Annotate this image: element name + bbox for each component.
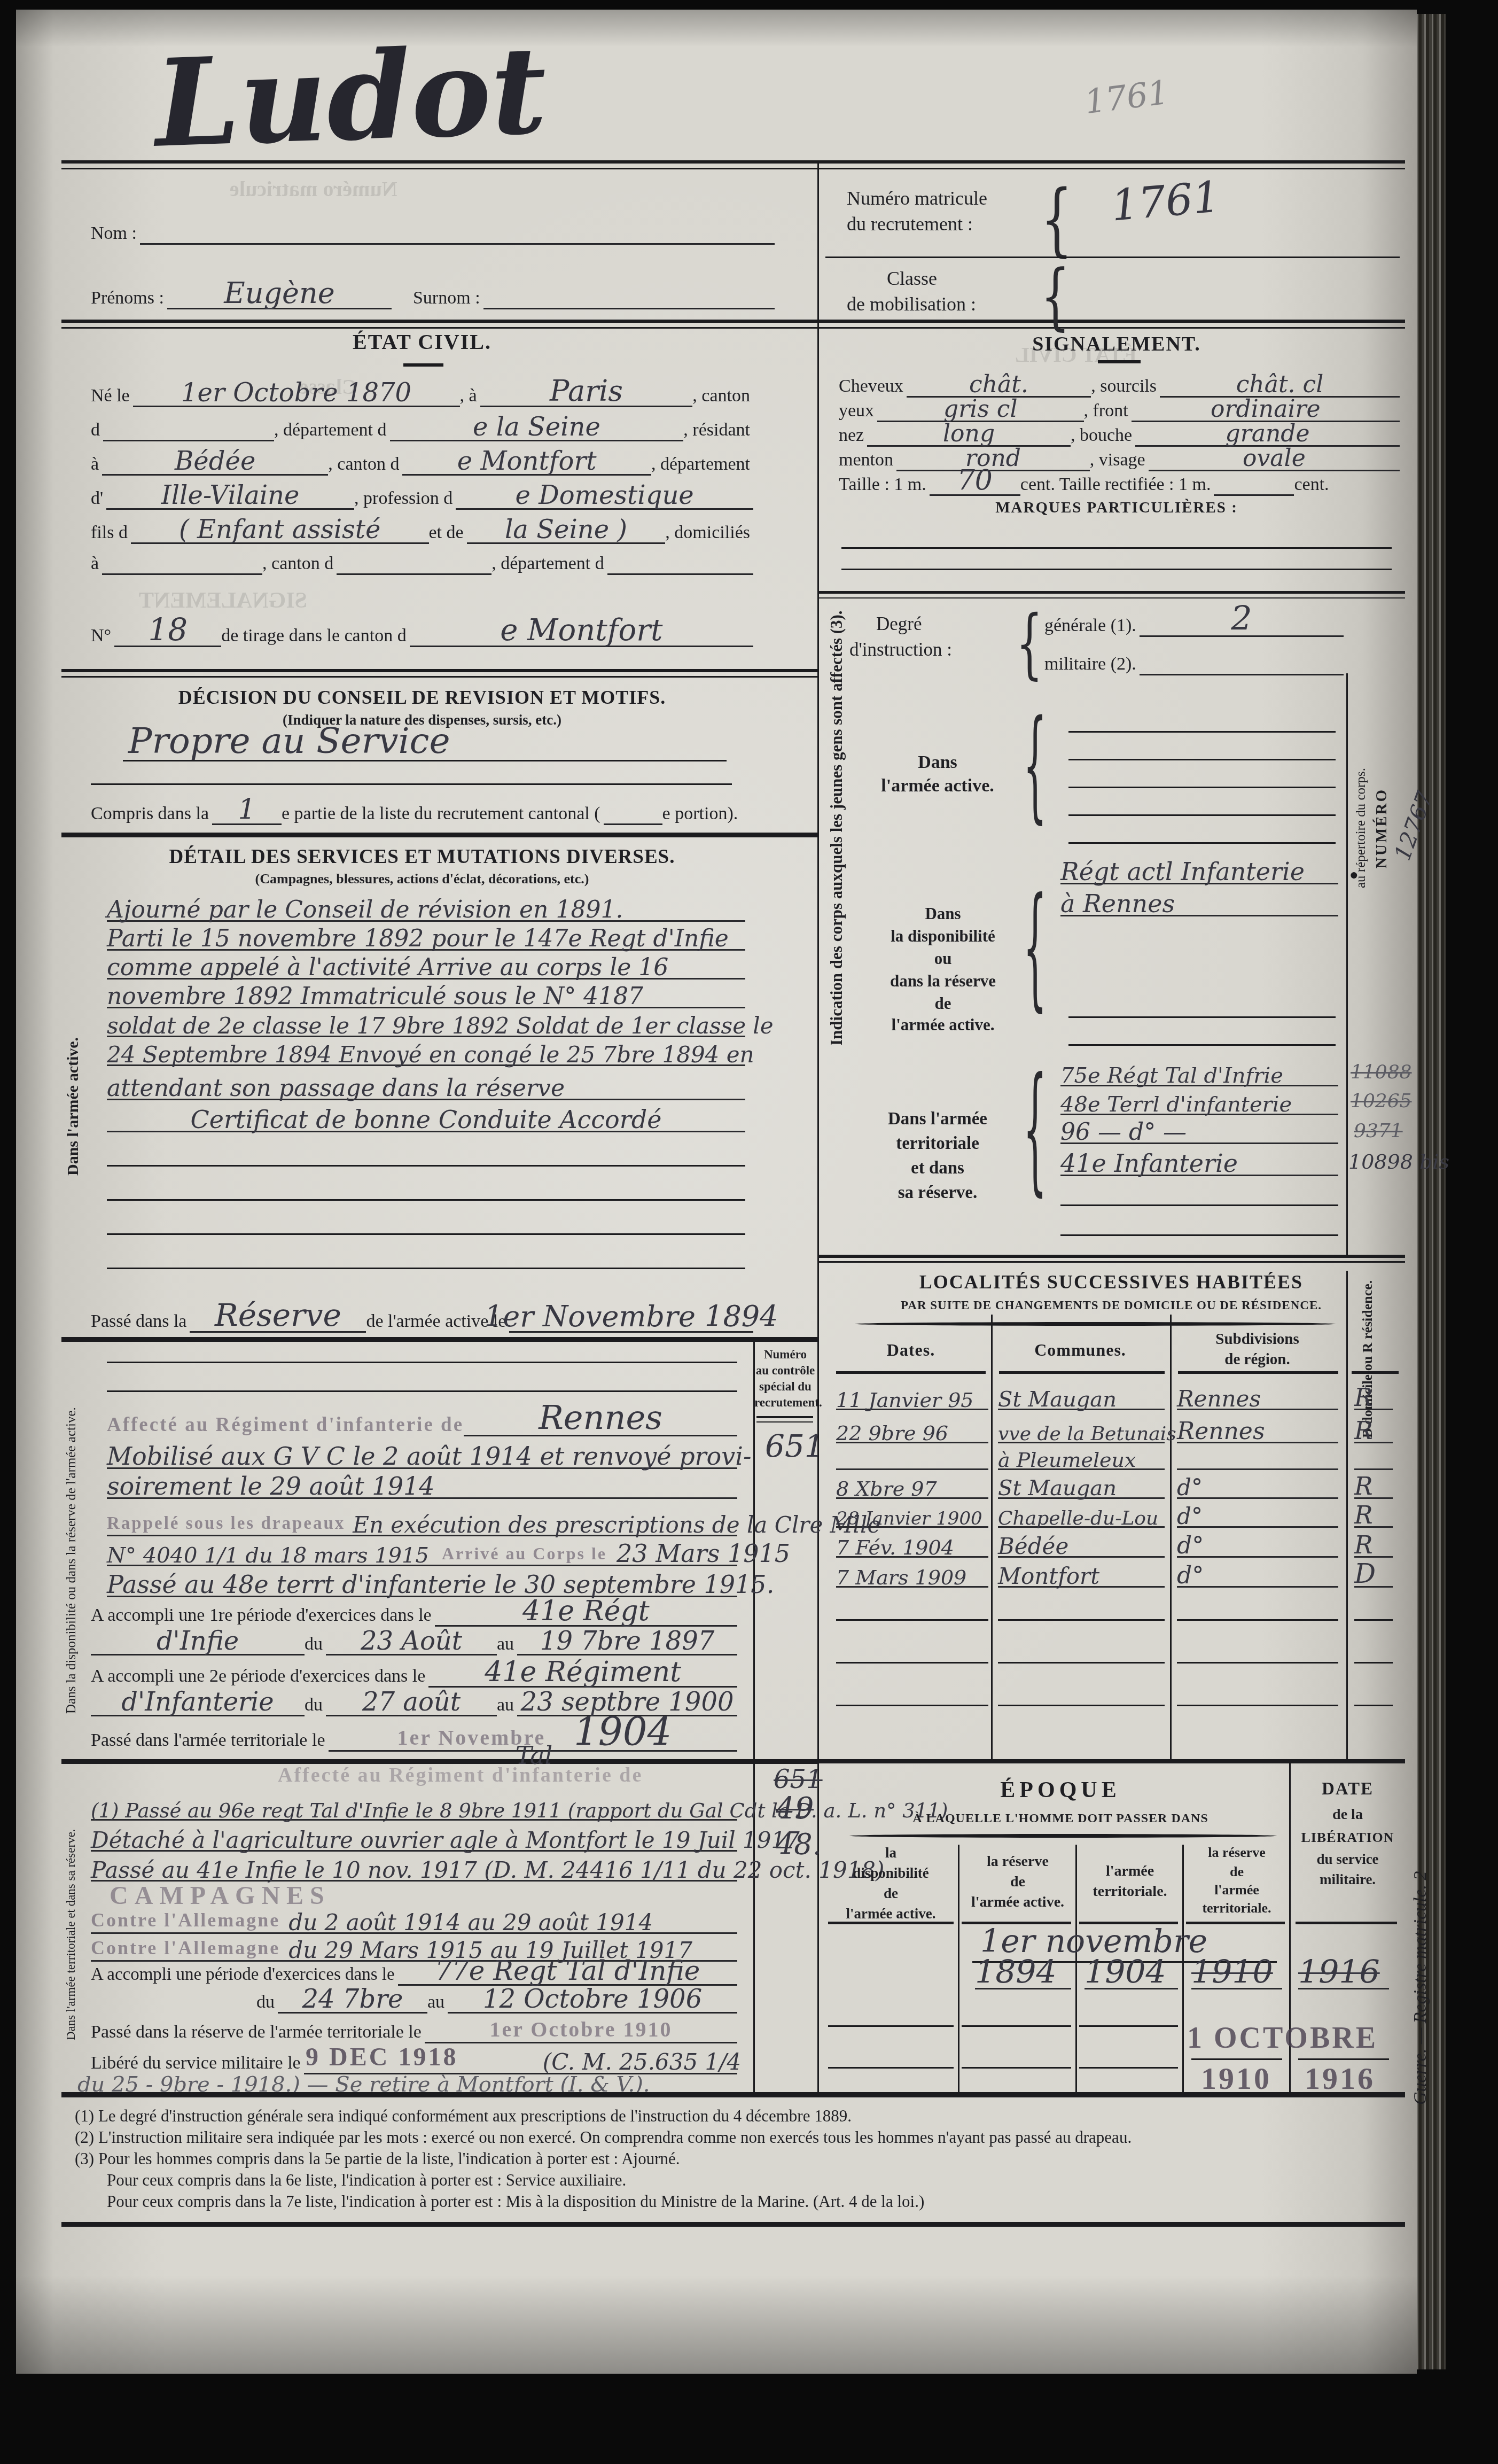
passe-reserve-value: Réserve [215,1297,341,1333]
prenoms-label: Prénoms : [91,288,167,309]
periode1-regt: 41e Régt [522,1595,650,1627]
numero-col-divider [1346,673,1348,1255]
services-title: DÉTAIL DES SERVICES ET MUTATIONS DIVERSE… [91,845,753,868]
loc-date: 28 Janvier 1900 [836,1497,988,1528]
margin-number-struck: 651 [774,1765,823,1794]
marques-label: MARQUES PARTICULIÈRES : [833,499,1400,517]
footnote-5: Pour ceux compris dans la 7e liste, l'in… [107,2192,1389,2211]
tirage-text: de tirage dans le canton d [221,626,409,647]
blank-rule [828,2067,954,2069]
passe-reserve-field: Réserve [190,1297,366,1333]
sig-row-4: menton rond , visage ovale [839,447,1400,471]
res-terr-label: Passé dans la réserve de l'armée territo… [91,2022,425,2043]
prenoms-value: Eugène [224,276,334,310]
loc-commune: Bédée [998,1526,1165,1558]
epoque-col4: territoriale. [1186,1900,1288,1916]
degre-generale-label: générale (1). [1044,616,1140,637]
periode3-line-2: du 24 7bre au 12 Octobre 1906 [256,1986,737,2014]
blank-rule [1177,1705,1338,1706]
periode2-label: A accompli une 2e période d'exercices da… [91,1666,428,1688]
brace: { [1041,180,1073,259]
epoque-header-rule [828,1922,954,1924]
matricule-divider [825,256,1400,258]
taille-rect-label: cent. Taille rectifiée : 1 m. [1020,475,1214,496]
controle-header: spécial du [754,1380,816,1394]
signalement-title: SIGNALEMENT. [833,332,1400,356]
cheveux-field: chât. [907,373,1091,398]
domicile-field [102,545,262,575]
affecte2-sup: Tal [516,1741,552,1770]
decision-value: Propre au Service [128,720,450,761]
bouche-label: , bouche [1071,425,1135,447]
periode2-regt-field: 41e Régiment [428,1658,737,1688]
et-de-label: et de [429,523,467,544]
loc-date: 11 Janvier 95 [836,1378,988,1410]
taille-rect-field [1214,471,1294,496]
date-col-header: militaire. [1296,1871,1400,1888]
mobilise-text-2: soirement le 29 août 1914 [107,1472,434,1501]
res-terr-field: 1er Octobre 1910 [425,2014,737,2043]
loc-subdiv-value: Rennes [1177,1418,1265,1445]
dispo-corps-value: Régt actl Infanterie [1060,857,1305,886]
blank-rule [998,1619,1165,1621]
fils-label: fils d [91,523,131,544]
blank-rule [1079,2025,1178,2027]
epoque-col2: l'armée active. [962,1894,1074,1911]
services-top-rule [61,833,817,837]
degre-generale-line: générale (1). 2 [1044,610,1344,637]
yeux-value: gris cl [943,395,1018,423]
controle-header: au contrôle [754,1364,816,1378]
ne-le-field: 1er Octobre 1870 [133,374,460,407]
epoque-value-cell: 1904 [1085,1954,1178,1989]
terr-label: et dans [855,1159,1020,1178]
departement2-label: , département [651,454,753,476]
compris-value: 1 [238,794,255,826]
ne-le-value: 1er Octobre 1870 [181,378,411,408]
affecte-line: Affecté au Régiment d'infanterie de Renn… [107,1403,737,1436]
departement-field: e la Seine [390,408,684,441]
canton2-value: e Montfort [457,446,597,476]
sourcils-value: chât. cl [1236,371,1324,398]
departement2-value: Ille-Vilaine [161,480,300,510]
header-bottom-rule [61,320,1405,323]
degre-militaire-line: militaire (2). [1044,649,1344,675]
loc-subdiv: d° [1177,1497,1338,1528]
portion-text: e portion). [662,804,742,825]
controle-divider [753,1337,755,2092]
tirage-canton-field: e Montfort [410,612,753,647]
flourish [849,1834,1277,1838]
epoque-col4: la réserve [1186,1845,1288,1861]
blank-rule [841,547,1392,549]
prenoms-line: Prénoms : Eugène Surnom : [91,275,775,309]
loc-commune: à Pleumeleux [998,1442,1165,1470]
loc-commune: St Maugan [998,1378,1165,1410]
detache-line: Détaché à l'agriculture ouvrier agle à M… [91,1822,737,1852]
profession-field: e Domestique [456,477,753,510]
ec-line-6: à , canton d , département d [91,545,753,575]
front-label: , front [1084,401,1132,422]
terr-corps-name: 75e Régt Tal d'Infrie [1060,1063,1283,1088]
periode1-label: A accompli une 1re période d'exercices d… [91,1605,435,1627]
periode1-du: 23 Août [361,1626,462,1656]
blank-rule [107,1268,745,1269]
detache-text: Détaché à l'agriculture ouvrier agle à M… [91,1827,800,1853]
loc-subdiv-value: Rennes [1177,1386,1261,1412]
epoque-value-cell: 1910 [1191,1954,1282,1989]
nez-value: long [943,420,995,447]
libere-field: 9 DEC 1918 (C. M. 25.635 1/4 [304,2043,737,2074]
du-label: du [256,1992,278,2014]
liberation-stamp-month: 1 OCTOBRE [1187,2021,1378,2055]
brace: { [1041,261,1070,333]
classe-label-2: de mobilisation : [847,293,976,315]
periode1-au-field: 19 7bre 1897 [517,1627,737,1655]
ne-a-value: Paris [550,374,623,408]
canton-field [103,408,274,441]
sig-row-1: Cheveux chât. , sourcils chât. cl [839,373,1400,398]
periode3-label: A accompli une période d'exercices dans … [91,1965,398,1986]
loc-subdiv: d° [1177,1468,1338,1499]
blank-rule [107,1199,745,1201]
blank-rule [841,569,1392,570]
corps-active-label-2: l'armée active. [868,776,1007,796]
name-signature: Ludot [153,20,549,174]
surnom-field [483,275,775,309]
blank-rule [1068,1016,1336,1018]
blank-rule [1068,842,1336,844]
date-col-header: LIBÉRATION [1296,1830,1400,1846]
loc-subdiv [1177,1442,1338,1470]
passe41-line: Passé au 41e Infie le 10 nov. 1917 (D. M… [91,1852,737,1882]
periode1-inf-field: d'Infie [91,1627,305,1655]
frame-top-rule-2 [61,168,1405,169]
epoque-col2: la réserve [962,1853,1074,1870]
ec-line-3: à Bédée , canton d e Montfort , départem… [91,442,753,476]
epoque-divider [1075,1845,1077,2092]
nom-label: Nom : [91,223,140,245]
decision-top-rule-2 [61,676,817,678]
blank-rule [1177,1619,1338,1621]
ghost-text: Numéro matricule [230,176,397,201]
yeux-field: gris cl [877,398,1083,422]
compris-label: Compris dans la [91,804,212,825]
date-col-header: de la [1296,1806,1400,1823]
date-col-header: DATE [1296,1779,1400,1799]
periode2-regt: 41e Régiment [485,1656,681,1688]
front-value: ordinaire [1211,395,1320,423]
loc-commune: Chapelle-du-Lou [998,1497,1165,1528]
d2-label: d' [91,488,106,510]
dispo-label: Dans [865,904,1020,923]
sig-row-taille: Taille : 1 m. 70 cent. Taille rectifiée … [839,471,1400,496]
blank-rule [1068,787,1336,788]
au-label: au [427,1992,448,2014]
controle-rule-2 [756,1421,813,1423]
dispo-label: ou [865,949,1020,968]
visage-value: ovale [1243,445,1306,472]
dispo-label: de [865,994,1020,1013]
loc-commune: vve de la Betunais [998,1411,1165,1443]
departement-value: e la Seine [473,412,600,442]
services-line: comme appelé à l'activité Arrive au corp… [107,948,745,980]
blank-rule [962,2067,1071,2069]
bouche-value: grande [1226,420,1310,447]
campagne1-line: Contre l'Allemagne du 2 août 1914 au 29 … [91,1905,737,1934]
blank-rule [1068,814,1336,816]
col-header-dates: Dates. [833,1340,988,1360]
dispo-label: dans la réserve [865,971,1020,991]
header-rule [999,1371,1165,1374]
terr-label: territoriale [855,1134,1020,1154]
tirage-canton-value: e Montfort [500,613,662,648]
arrive-line: N° 4040 1/1 du 18 mars 1915 Arrivé au Co… [107,1535,737,1566]
terr-corps-row: 48e Terrl d'infanterie [1060,1086,1338,1115]
periode3-line: A accompli une période d'exercices dans … [91,1956,737,1986]
a3-label: à [91,554,102,575]
header-rule [1178,1371,1338,1374]
blank-rule [91,783,732,785]
epoque-col3: l'armée [1079,1863,1181,1880]
services-line: Certificat de bonne Conduite Accordé [107,1100,745,1132]
ne-le-label: Né le [91,386,133,407]
etat-civil-title: ÉTAT CIVIL. [91,329,753,354]
affect1-top-rule [61,1337,817,1342]
menton-field: rond [896,447,1090,471]
departement-label: , département d [274,420,390,441]
mobilise-line-1: Mobilisé aux G V C le 2 août 1914 et ren… [107,1437,737,1469]
terr-corps-name: 96 — d° — [1060,1118,1187,1146]
loc-date: 8 Xbre 97 [836,1468,988,1499]
terr-corps-name: 48e Terrl d'infanterie [1060,1092,1292,1117]
numero-repertoire-header-2: au répertoire du corps. [1354,684,1370,973]
periode1-line: A accompli une 1re période d'exercices d… [91,1597,737,1627]
blank-rule [998,1705,1165,1706]
liberation-stamp-1916: 1916 [1305,2061,1375,2096]
nom-line: Nom : [91,213,775,245]
corps-active-label: Dans [868,752,1007,773]
blank-rule [107,1362,737,1363]
blank-rule [1177,1662,1338,1664]
loc-dr-value: R [1354,1472,1373,1501]
periode1-du-field: 23 Août [326,1627,497,1655]
epoque-col1: l'armée active. [825,1906,956,1922]
blank-rule [1060,1234,1338,1236]
sourcils-label: , sourcils [1091,376,1160,398]
libere-ref: (C. M. 25.635 1/4 [543,2049,741,2075]
loc-commune-value: Montfort [998,1563,1099,1589]
blank-rule [107,1233,745,1235]
controle-header: Numéro [754,1348,816,1362]
degre-label-1: Degré [876,613,922,635]
col-header-communes: Communes. [995,1340,1166,1360]
col-header-subdiv: Subdivisions [1173,1331,1341,1348]
blank-rule [836,1662,988,1664]
sig-row-3: nez long , bouche grande [839,422,1400,447]
epoque-value-1916-struck: 1916 [1298,1954,1380,1991]
periode1-line-2: d'Infie du 23 Août au 19 7bre 1897 [91,1627,737,1655]
passe-terr-value: 1904 [574,1709,672,1754]
edge-register-label: Guerre. — Registre matricule. 2 [1410,1769,1434,2207]
epoque-title: ÉPOQUE [833,1777,1288,1803]
residant-label: , résidant [683,420,753,441]
du-label: du [305,1634,326,1655]
portion-field [604,795,662,825]
blank-rule [1068,731,1336,733]
loc-dr-value: R [1354,1416,1373,1445]
footnote-3: (3) Pour les hommes compris dans la 5e p… [75,2149,1389,2168]
services-entry: attendant son passage dans la réserve [107,1075,565,1102]
terr-corps-name: 41e Infanterie [1060,1149,1238,1178]
loc-dr-value: R [1354,1501,1373,1529]
blank-rule [836,1619,988,1621]
libere-label: Libéré du service militaire le [91,2053,304,2074]
brace: { [1023,882,1047,1014]
campagne1-stamp: Contre l'Allemagne [91,1909,280,1931]
note1-text: (1) Passé au 96e regt Tal d'Infie le 8 9… [91,1799,948,1822]
compris-text: e partie de la liste du recrutement cant… [282,804,604,825]
epoque-top-rule [817,1759,1405,1763]
passe-reserve-date: 1er Novembre 1894 [485,1300,778,1333]
header-rule [836,1371,986,1374]
epoque-value-1894: 1894 [975,1954,1057,1991]
periode1-inf: d'Infie [157,1626,239,1656]
ec-line-4: d' Ille-Vilaine , profession d e Domesti… [91,477,753,510]
epoque-col1: la [825,1845,956,1861]
taille-label: Taille : 1 m. [839,475,930,496]
epoque-col1: disponibilité [825,1865,956,1882]
cheveux-label: Cheveux [839,376,907,398]
blank-rule [1191,2058,1282,2060]
periode2-du: 27 août [362,1687,461,1717]
services-margin-label: Dans l'armée active. [64,940,87,1272]
decision-underline [123,760,727,761]
passe41-text: Passé au 41e Infie le 10 nov. 1917 (D. M… [91,1857,884,1883]
profession-value: e Domestique [515,480,693,510]
tirage-no-field: 18 [114,612,221,647]
epoque-value-cell: 1894 [975,1954,1071,1989]
ec-line-1: Né le 1er Octobre 1870 , à Paris , canto… [91,374,753,407]
localites-divider [991,1315,993,1759]
header-rule [1352,1371,1399,1374]
brace: { [1016,606,1043,682]
canton2-field: e Montfort [402,442,651,476]
campagne1-value: du 2 août 1914 au 29 août 1914 [288,1909,653,1936]
ghost-text: SIGNALEMENT [139,588,307,613]
footnote-4: Pour ceux compris dans la 6e liste, l'in… [107,2171,1389,2190]
terr-corps-numero-struck: 9371 [1354,1120,1403,1142]
nom-field [140,213,775,245]
scanned-register-page: { "page": { "corner_number": "1761", "ed… [0,0,1498,2464]
compris-field: 1 [212,795,282,825]
passe-reserve-date-field: 1er Novembre 1894 [509,1297,753,1333]
canton2-label: , canton d [328,454,402,476]
date-col-header: du service [1296,1851,1400,1868]
departement3-field [607,545,753,575]
libere-line: Libéré du service militaire le 9 DEC 191… [91,2043,737,2074]
liberation-stamp-1910: 1910 [1201,2061,1271,2096]
controle-header: recrutement. [754,1396,816,1410]
affect1-margin-label: Dans la disponibilité ou dans la réserve… [64,1373,85,1747]
domicilies-label: , domiciliés [665,523,753,544]
res-terr-stamp: 1er Octobre 1910 [489,2017,672,2042]
blank-rule [1298,2058,1389,2060]
periode3-au: 12 Octobre 1906 [483,1984,702,2014]
degre-generale-value: 2 [1231,598,1252,638]
dispo-corps-line: Régt actl Infanterie [1060,854,1338,884]
degre-label-2: d'instruction : [849,639,952,660]
tirage-no-label: N° [91,626,114,647]
localites-divider [1170,1315,1172,1759]
terr-corps-row: 96 — d° — [1060,1115,1338,1144]
res-terr-line: Passé dans la réserve de l'armée territo… [91,2014,737,2043]
taille-field: 70 [930,471,1020,496]
loc-subdiv: d° [1177,1556,1338,1588]
front-field: ordinaire [1132,398,1400,422]
terr-corps-row: 75e Régt Tal d'Infrie [1060,1057,1338,1086]
numero-repertoire-header: NUMÉRO [1373,684,1392,973]
loc-dr [1354,1442,1393,1470]
residence-value: Bédée [175,446,255,476]
loc-date-value: 11 Janvier 95 [836,1388,974,1412]
canton-label: , canton [692,386,753,407]
periode3-regt: 77e Regt Tal d'Infie [435,1955,700,1986]
terr-corps-row: 41e Infanterie [1060,1145,1338,1176]
au-label: au [497,1634,517,1655]
bullet-dot: ● [1349,867,1359,884]
canton3-field [337,545,491,575]
blank-rule [962,2025,1071,2027]
epoque-col3: territoriale. [1079,1883,1181,1900]
nez-field: long [867,422,1071,447]
epoque-value-1904: 1904 [1085,1954,1166,1991]
services-line: soldat de 2e classe le 17 9bre 1892 Sold… [107,1006,745,1037]
surnom-label: Surnom : [392,288,483,309]
au-label: au [497,1695,517,1716]
periode2-line: A accompli une 2e période d'exercices da… [91,1658,737,1688]
loc-subdiv-value: d° [1177,1532,1204,1559]
loc-subdiv-value: d° [1177,1474,1203,1501]
flourish [855,1322,1336,1326]
loc-commune-value: St Maugan [998,1387,1117,1412]
affect2-margin-label: Dans l'armée territoriale et dans sa rés… [64,1795,85,2073]
services-subtitle: (Campagnes, blessures, actions d'éclat, … [91,871,753,887]
dispo-label: la disponibilité [865,927,1020,946]
decision-title: DÉCISION DU CONSEIL DE REVISION ET MOTIF… [91,686,753,709]
title-dash [403,363,443,367]
loc-dr-value: D [1354,1558,1376,1589]
rappele-line: Rappelé sous les drapeaux En exécution d… [107,1504,737,1536]
blank-rule [1060,1204,1338,1206]
loc-subdiv: d° [1177,1526,1338,1558]
affecte-stamp: Affecté au Régiment d'infanterie de [107,1413,464,1436]
blank-rule [1354,1705,1393,1706]
loc-commune-value: Bédée [998,1533,1068,1559]
blank-rule [836,1705,988,1706]
pere-field: ( Enfant assisté [131,511,429,544]
compris-line: Compris dans la 1 e partie de la liste d… [91,795,753,825]
terr-corps-numero-struck: 10265 [1351,1090,1412,1112]
signalement-bottom-rule-2 [817,597,1405,598]
prenoms-field: Eugène [167,275,392,309]
signalement-bottom-rule [817,591,1405,594]
loc-dr: R [1354,1468,1393,1499]
loc-subdiv-value: d° [1177,1503,1203,1529]
periode2-inf: d'Infanterie [121,1687,274,1717]
periode3-au-field: 12 Octobre 1906 [448,1986,737,2014]
services-line: attendant son passage dans la réserve [107,1069,745,1100]
